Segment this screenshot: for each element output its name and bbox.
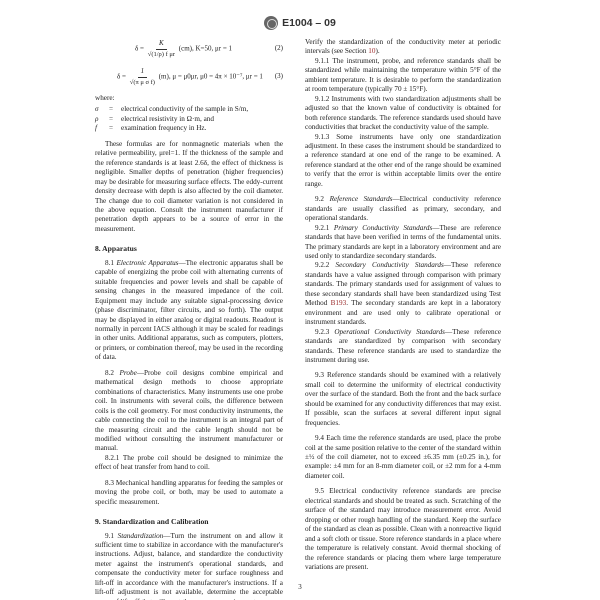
equation-rest: (m), μ = μ0μr, μ0 = 4π × 10⁻⁷, μr = 1 (159, 73, 263, 81)
page-header: E1004 – 09 (0, 16, 600, 35)
equation-number: (3) (275, 72, 283, 81)
paragraph-9-1-3: 9.1.3 Some instruments have only one sta… (305, 133, 501, 190)
b193-link[interactable]: B193 (331, 299, 347, 307)
equation-lhs: δ = (117, 73, 126, 81)
numerator: 1 (138, 67, 148, 77)
definition-text: examination frequency in Hz. (121, 124, 206, 133)
definition-rho: ρ = electrical resistivity in Ω·m, and (95, 115, 283, 124)
equals: = (109, 115, 117, 124)
paragraph-9-1-continued: Verify the standardization of the conduc… (305, 38, 501, 57)
symbol: ρ (95, 115, 105, 124)
document-id: E1004 – 09 (282, 17, 336, 29)
section-8-heading: 8. Apparatus (95, 244, 283, 253)
definition-sigma: σ = electrical conductivity of the sampl… (95, 105, 283, 114)
paragraph-9-4: 9.4 Each time the reference standards ar… (305, 434, 501, 481)
definition-f: f = examination frequency in Hz. (95, 124, 283, 133)
paragraph-9-2-2: 9.2.2 Secondary Conductivity Standards—T… (305, 261, 501, 327)
paragraph-9-1-1: 9.1.1 The instrument, probe, and referen… (305, 57, 501, 95)
clause-number: 9.2.1 (315, 224, 329, 232)
clause-title: Probe (120, 369, 137, 377)
astm-logo-icon (264, 16, 278, 30)
right-column: Verify the standardization of the conduc… (305, 38, 501, 572)
clause-number: 9.2.2 (315, 261, 329, 269)
symbol: f (95, 124, 105, 133)
paragraph-9-2: 9.2 Reference Standards—Electrical condu… (305, 195, 501, 223)
paragraph-8-1: 8.1 Electronic Apparatus—The electronic … (95, 259, 283, 363)
definition-text: electrical conductivity of the sample in… (121, 105, 248, 114)
left-column: δ = K √(1/ρ) f μr (cm), K=50, μr = 1 (2)… (95, 38, 283, 600)
equation-3: δ = 1 √(π μ σ f) (m), μ = μ0μr, μ0 = 4π … (95, 66, 283, 88)
clause-number: 9.2 (315, 195, 324, 203)
text: ). (375, 47, 379, 55)
where-label: where: (95, 94, 283, 103)
fraction: 1 √(π μ σ f) (130, 67, 155, 87)
page-number: 3 (0, 583, 600, 591)
formula-note-paragraph: These formulas are for nonmagnetic mater… (95, 140, 283, 235)
clause-number: 9.2.3 (315, 328, 329, 336)
equation-number: (2) (275, 44, 283, 53)
paragraph-9-2-1: 9.2.1 Primary Conductivity Standards—The… (305, 224, 501, 262)
clause-number: 9.1 (105, 532, 114, 540)
fraction: K √(1/ρ) f μr (148, 39, 175, 59)
clause-text: —Probe coil designs combine empirical an… (95, 369, 283, 453)
equation-lhs: δ = (135, 45, 144, 53)
clause-title: Operational Conductivity Standards (334, 328, 445, 336)
equals: = (109, 124, 117, 133)
equation-rest: (cm), K=50, μr = 1 (179, 45, 232, 53)
symbol: σ (95, 105, 105, 114)
numerator: K (156, 39, 167, 49)
paragraph-9-2-3: 9.2.3 Operational Conductivity Standards… (305, 328, 501, 366)
paragraph-8-3: 8.3 Mechanical handling apparatus for fe… (95, 479, 283, 507)
equation-2: δ = K √(1/ρ) f μr (cm), K=50, μr = 1 (2) (95, 38, 283, 60)
paragraph-9-5: 9.5 Electrical conductivity reference st… (305, 487, 501, 572)
clause-title: Reference Standards (330, 195, 393, 203)
denominator: √(1/ρ) f μr (148, 50, 175, 59)
clause-number: 8.1 (105, 259, 114, 267)
clause-title: Primary Conductivity Standards (334, 224, 432, 232)
paragraph-9-3: 9.3 Reference standards should be examin… (305, 371, 501, 428)
paragraph-8-2-1: 8.2.1 The probe coil should be designed … (95, 454, 283, 473)
equals: = (109, 105, 117, 114)
clause-title: Electronic Apparatus (116, 259, 178, 267)
clause-title: Standardization (118, 532, 164, 540)
clause-title: Secondary Conductivity Standards (336, 261, 444, 269)
paragraph-9-1-2: 9.1.2 Instruments with two standardizati… (305, 95, 501, 133)
section-9-heading: 9. Standardization and Calibration (95, 517, 283, 526)
denominator: √(π μ σ f) (130, 78, 155, 87)
text: Verify the standardization of the conduc… (305, 38, 501, 55)
definition-text: electrical resistivity in Ω·m, and (121, 115, 214, 124)
clause-text: —The electronic apparatus shall be capab… (95, 259, 283, 362)
paragraph-8-2: 8.2 Probe—Probe coil designs combine emp… (95, 369, 283, 454)
clause-number: 8.2 (105, 369, 114, 377)
